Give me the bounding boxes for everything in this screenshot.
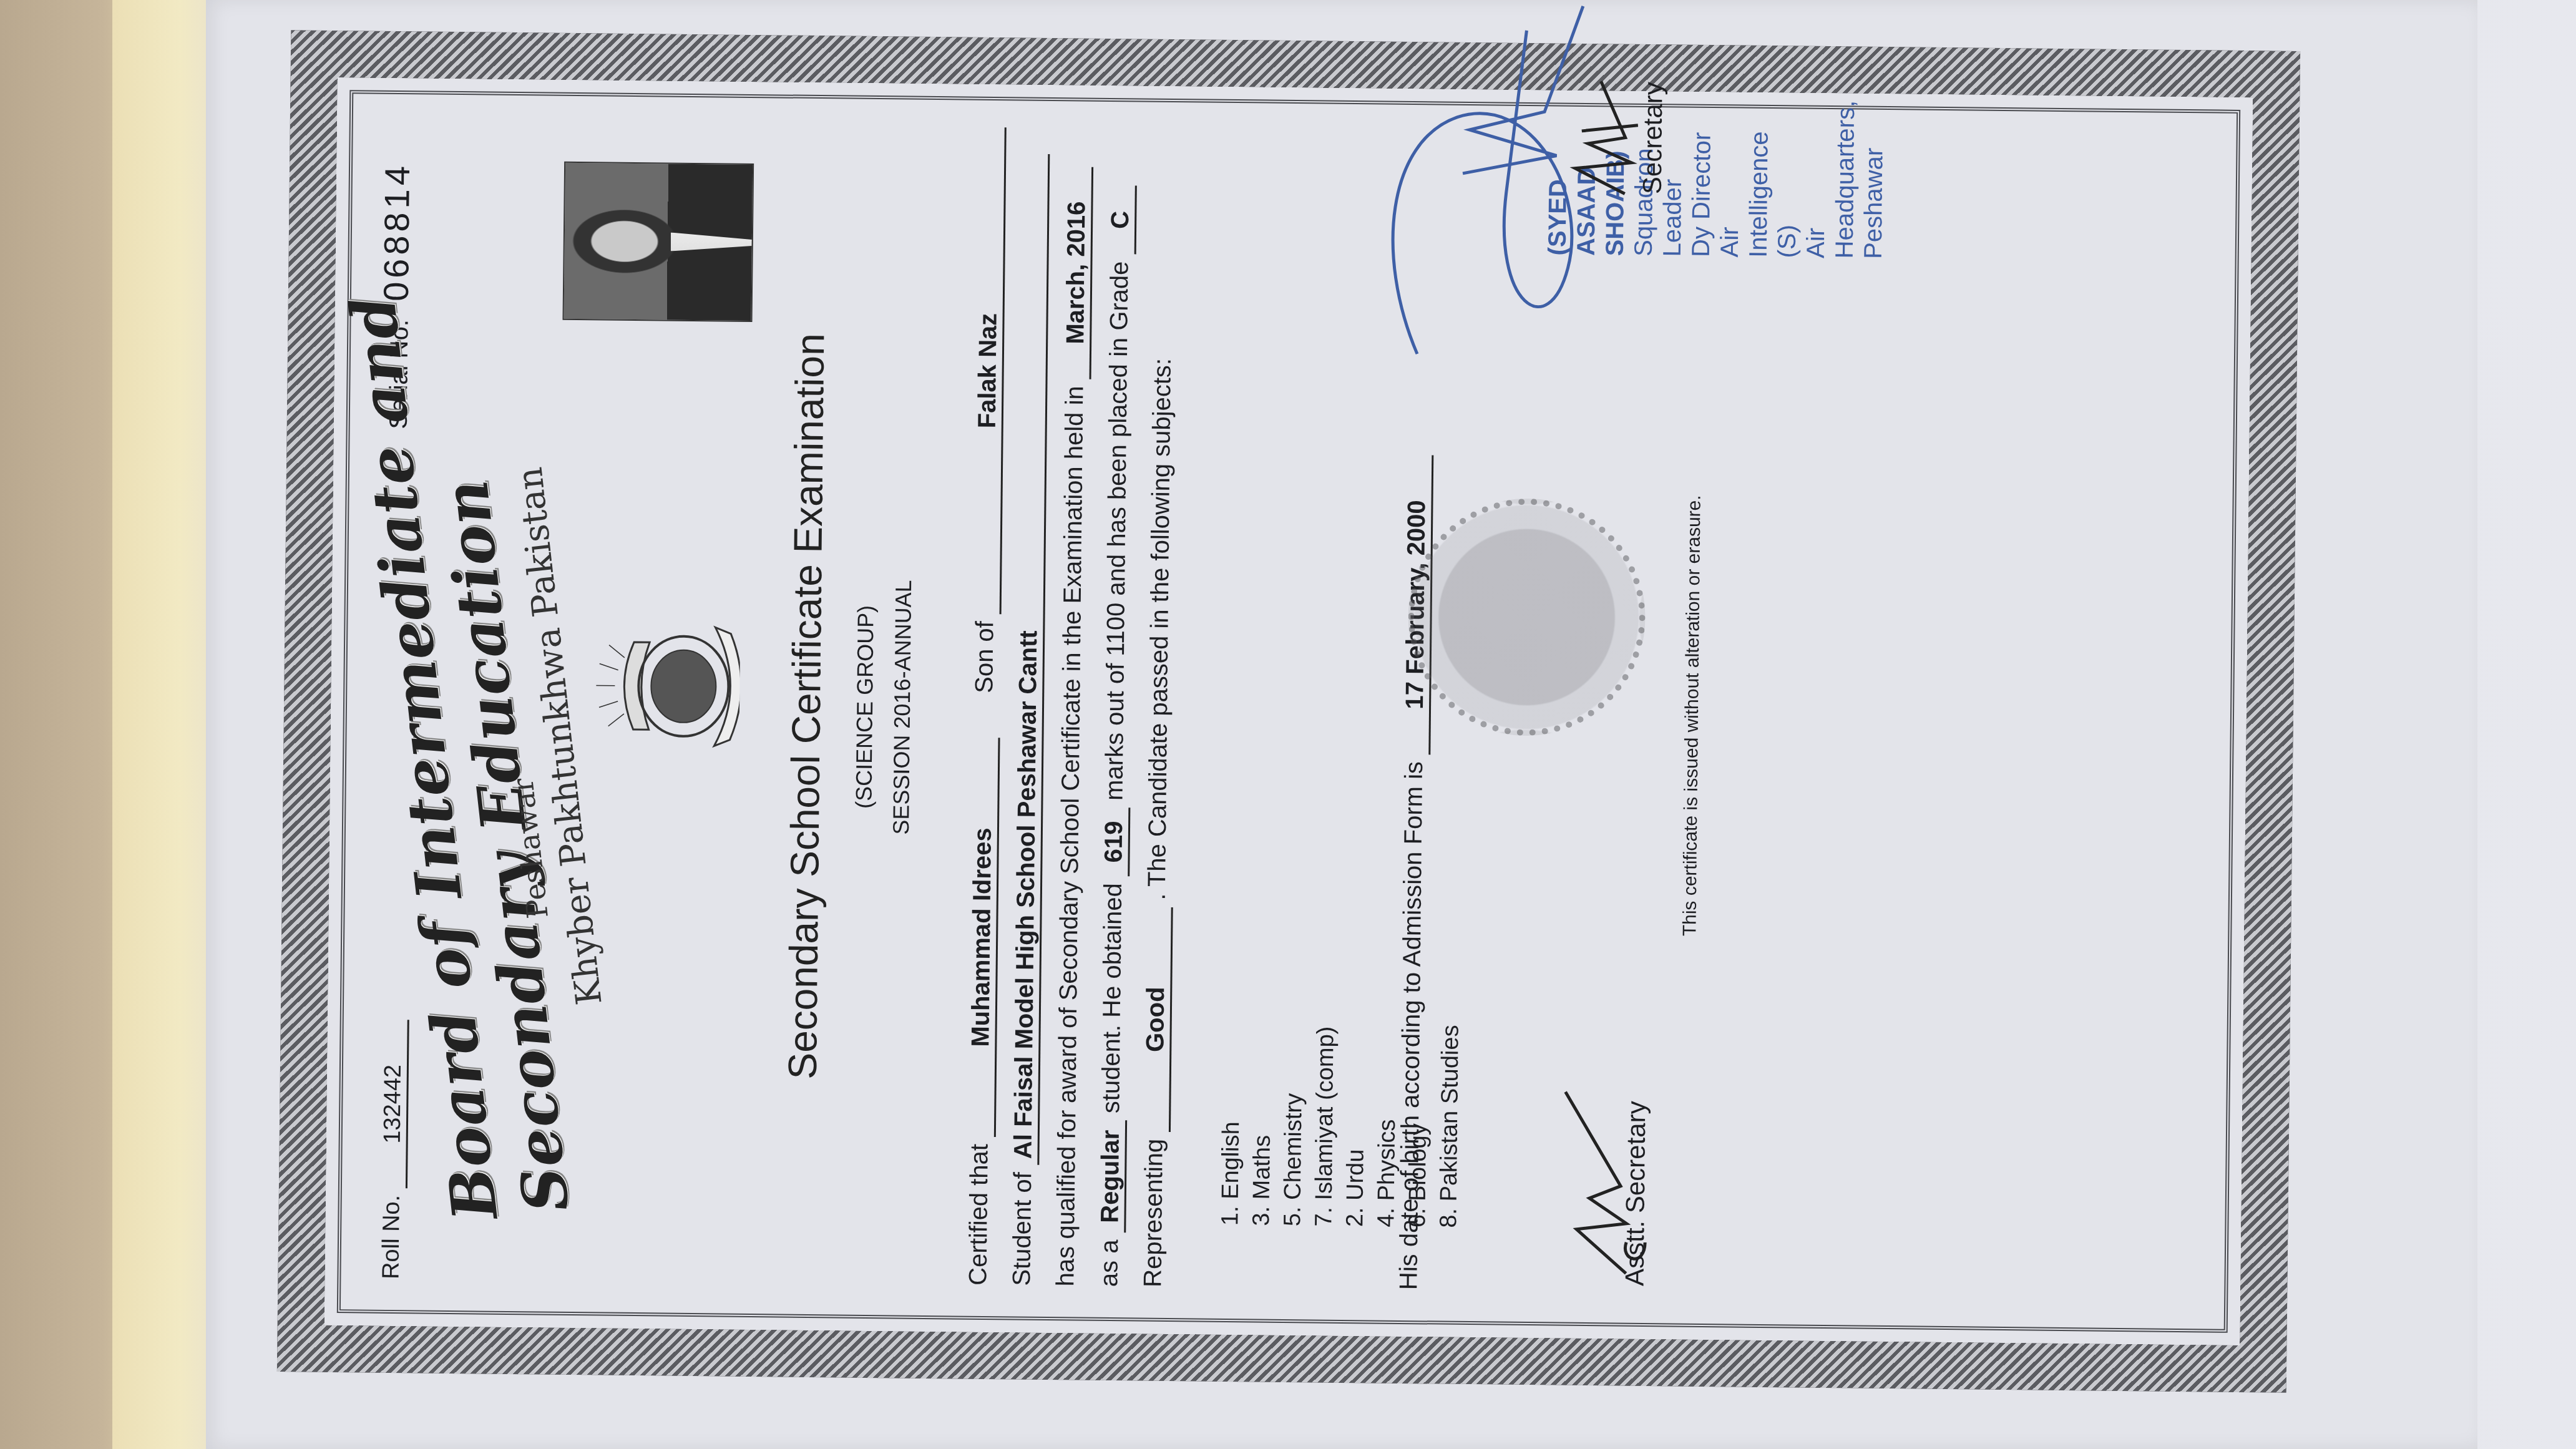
exam-group: (SCIENCE GROUP): [846, 105, 884, 1309]
certificate: Roll No. 132442 Serial No. 068814 Board …: [277, 30, 2300, 1393]
certified-line: Certified that Muhammad Idrees Son of Fa…: [964, 127, 1006, 1286]
asst-secretary-label: Asstt. Secretary: [1619, 1101, 1651, 1286]
student-photo: [563, 162, 754, 322]
roll-number: Roll No. 132442: [378, 1020, 409, 1279]
father-name: Falak Naz: [972, 127, 1007, 614]
board-emblem-icon: [589, 613, 740, 759]
exam-title: Secondary School Certificate Examination: [777, 104, 836, 1309]
qualified-line: has qualified for award of Secondary Sch…: [1051, 167, 1093, 1287]
representing-value: Good: [1141, 907, 1173, 1132]
school-name: Al Faisal Model High School Peshawar Can…: [1009, 154, 1050, 1165]
exam-session: SESSION 2016-ANNUAL: [883, 105, 922, 1309]
student-name: Muhammad Idrees: [966, 738, 1000, 1137]
secretary-label: Secretary: [1637, 82, 1669, 194]
exam-held-date: March, 2016: [1061, 167, 1094, 379]
marks-obtained: 619: [1100, 807, 1130, 876]
student-type: Regular: [1096, 1120, 1127, 1232]
marks-line: as a Regular student. He obtained 619 ma…: [1095, 185, 1136, 1287]
grade: C: [1106, 185, 1137, 254]
certificate-note: This certificate is issued without alter…: [1676, 114, 1709, 1318]
roll-number-value: 132442: [379, 1020, 409, 1188]
representing-line: Representing Good . The Candidate passed…: [1139, 358, 1179, 1287]
school-line: Student of Al Faisal Model High School P…: [1008, 154, 1050, 1286]
embossed-seal: [1407, 497, 1647, 737]
subjects-left-column: 1. English3. Maths5. Chemistry7. Islamiy…: [1214, 570, 1346, 1227]
